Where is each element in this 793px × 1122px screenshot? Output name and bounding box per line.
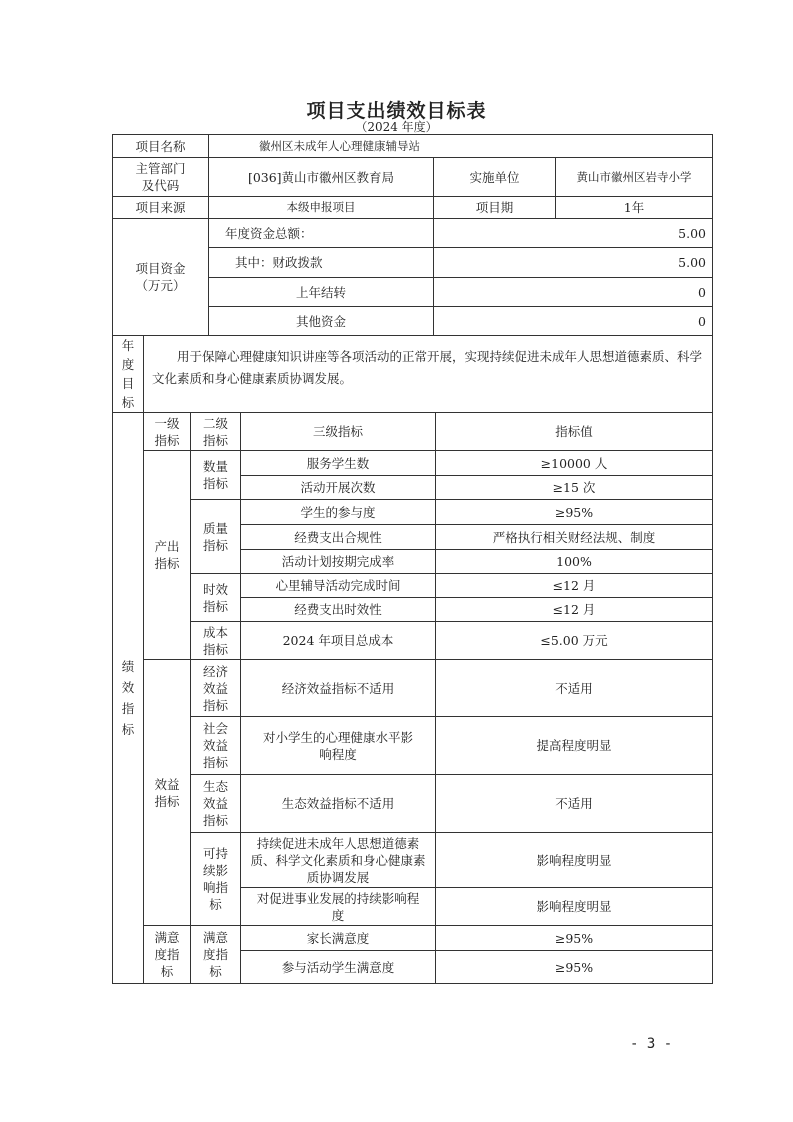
level2-quality: 质量指标 <box>190 499 241 574</box>
level2-sustainable: 可持续影响指标 <box>190 832 241 926</box>
indicator-name: 活动计划按期完成率 <box>240 549 436 574</box>
funds-row-label: 上年结转 <box>208 277 434 307</box>
indicator-value: ≥95% <box>435 950 713 984</box>
funds-row-label: 年度资金总额： <box>208 218 434 248</box>
indicator-value: ≤12 月 <box>435 597 713 622</box>
level2-economic: 经济效益指标 <box>190 659 241 717</box>
level1-output: 产出指标 <box>143 450 191 660</box>
header-level3: 三级指标 <box>240 412 436 451</box>
funds-label: 项目资金（万元） <box>112 218 209 336</box>
indicator-name: 经费支出合规性 <box>240 524 436 550</box>
level2-cost: 成本指标 <box>190 621 241 660</box>
indicator-value: ≤12 月 <box>435 573 713 598</box>
level1-satisfaction: 满意度指标 <box>143 925 191 984</box>
level2-quantity: 数量指标 <box>190 450 241 500</box>
source-value: 本级申报项目 <box>208 196 434 219</box>
name-label: 项目名称 <box>112 134 209 158</box>
page-subtitle: （2024 年度） <box>0 118 793 135</box>
level2-social: 社会效益指标 <box>190 716 241 775</box>
source-label: 项目来源 <box>112 196 209 219</box>
indicator-name: 对小学生的心理健康水平影响程度 <box>240 716 436 775</box>
indicator-value: 影响程度明显 <box>435 887 713 926</box>
indicator-name: 活动开展次数 <box>240 475 436 500</box>
indicators-label: 绩效指标 <box>112 412 144 984</box>
indicator-value: 不适用 <box>435 659 713 717</box>
level2-ecological: 生态效益指标 <box>190 774 241 833</box>
level1-benefit: 效益指标 <box>143 659 191 926</box>
funds-row-value: 0 <box>433 306 713 336</box>
indicator-name: 参与活动学生满意度 <box>240 950 436 984</box>
funds-row-value: 5.00 <box>433 247 713 278</box>
indicator-name: 经费支出时效性 <box>240 597 436 622</box>
indicator-name: 生态效益指标不适用 <box>240 774 436 833</box>
indicator-name: 对促进事业发展的持续影响程度 <box>240 887 436 926</box>
indicator-value: ≥15 次 <box>435 475 713 500</box>
indicator-value: 100% <box>435 549 713 574</box>
header-level1: 一级指标 <box>143 412 191 451</box>
indicator-name: 服务学生数 <box>240 450 436 476</box>
goal-label: 年度目标 <box>112 335 144 413</box>
indicator-value: ≤5.00 万元 <box>435 621 713 660</box>
indicator-value: 影响程度明显 <box>435 832 713 888</box>
indicator-name: 学生的参与度 <box>240 499 436 525</box>
indicator-name: 心里辅导活动完成时间 <box>240 573 436 598</box>
indicator-value: 严格执行相关财经法规、制度 <box>435 524 713 550</box>
header-level2: 二级指标 <box>190 412 241 451</box>
goal-text: 用于保障心理健康知识讲座等各项活动的正常开展，实现持续促进未成年人思想道德素质、… <box>143 335 713 413</box>
indicator-value: ≥10000 人 <box>435 450 713 476</box>
indicator-value: ≥95% <box>435 925 713 951</box>
indicator-value: ≥95% <box>435 499 713 525</box>
funds-row-label: 其中：财政拨款 <box>208 247 434 278</box>
period-label: 项目期 <box>433 196 556 219</box>
funds-row-label: 其他资金 <box>208 306 434 336</box>
indicator-name: 家长满意度 <box>240 925 436 951</box>
indicator-value: 不适用 <box>435 774 713 833</box>
indicator-name: 2024 年项目总成本 <box>240 621 436 660</box>
impl-value: 黄山市徽州区岩寺小学 <box>555 157 713 197</box>
indicator-name: 经济效益指标不适用 <box>240 659 436 717</box>
name-value: 徽州区未成年人心理健康辅导站 <box>208 134 713 158</box>
period-value: 1年 <box>555 196 713 219</box>
funds-row-value: 5.00 <box>433 218 713 248</box>
indicator-name: 持续促进未成年人思想道德素质、科学文化素质和身心健康素质协调发展 <box>240 832 436 888</box>
dept-label: 主管部门及代码 <box>112 157 209 197</box>
level2-satisfaction: 满意度指标 <box>190 925 241 984</box>
impl-label: 实施单位 <box>433 157 556 197</box>
dept-value: [036]黄山市徽州区教育局 <box>208 157 434 197</box>
level2-timeliness: 时效指标 <box>190 573 241 622</box>
funds-row-value: 0 <box>433 277 713 307</box>
header-value: 指标值 <box>435 412 713 451</box>
page-number: - 3 - <box>630 1036 672 1052</box>
indicator-value: 提高程度明显 <box>435 716 713 775</box>
